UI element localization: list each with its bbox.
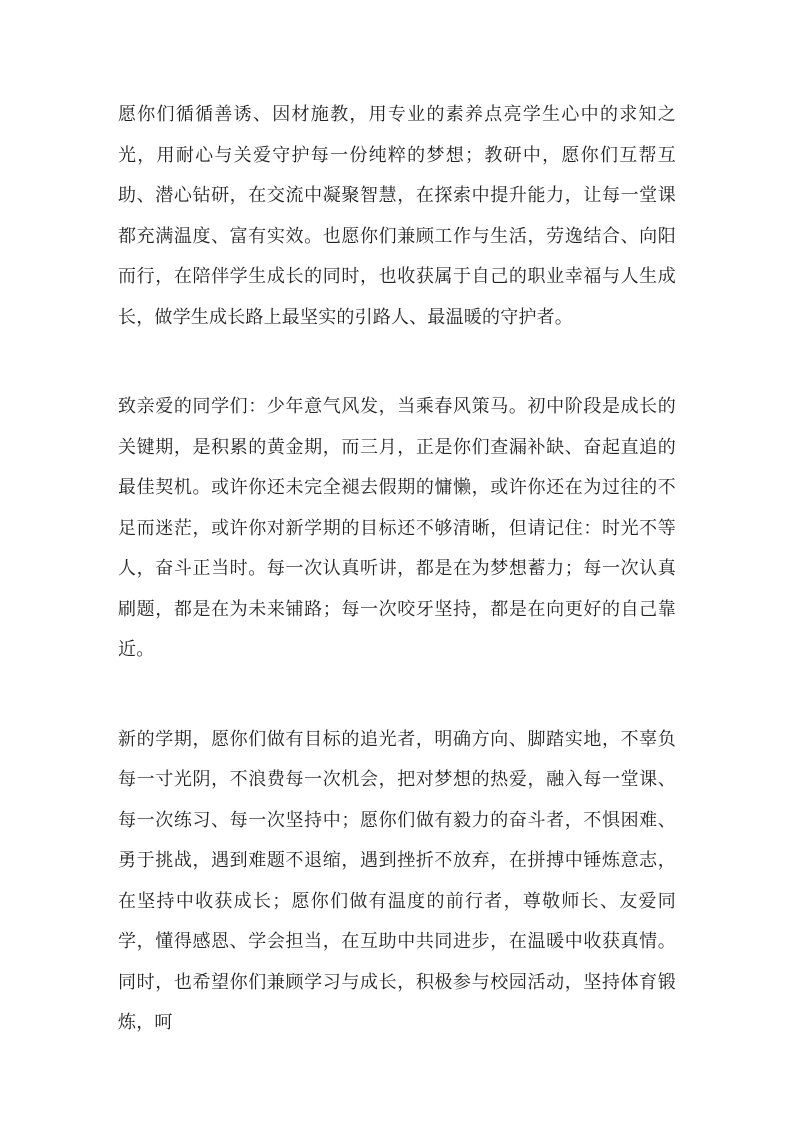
document-page: 愿你们循循善诱、因材施教，用专业的素养点亮学生心中的求知之光，用耐心与关爱守护每…	[0, 0, 793, 1122]
paragraph-letter-to-students: 致亲爱的同学们：少年意气风发，当乘春风策马。初中阶段是成长的关键期，是积累的黄金…	[118, 386, 676, 670]
paragraph-new-semester-wishes: 新的学期，愿你们做有目标的追光者，明确方向、脚踏实地，不辜负每一寸光阴，不浪费每…	[118, 719, 676, 1043]
paragraph-letter-to-teachers: 愿你们循循善诱、因材施教，用专业的素养点亮学生心中的求知之光，用耐心与关爱守护每…	[118, 94, 676, 337]
